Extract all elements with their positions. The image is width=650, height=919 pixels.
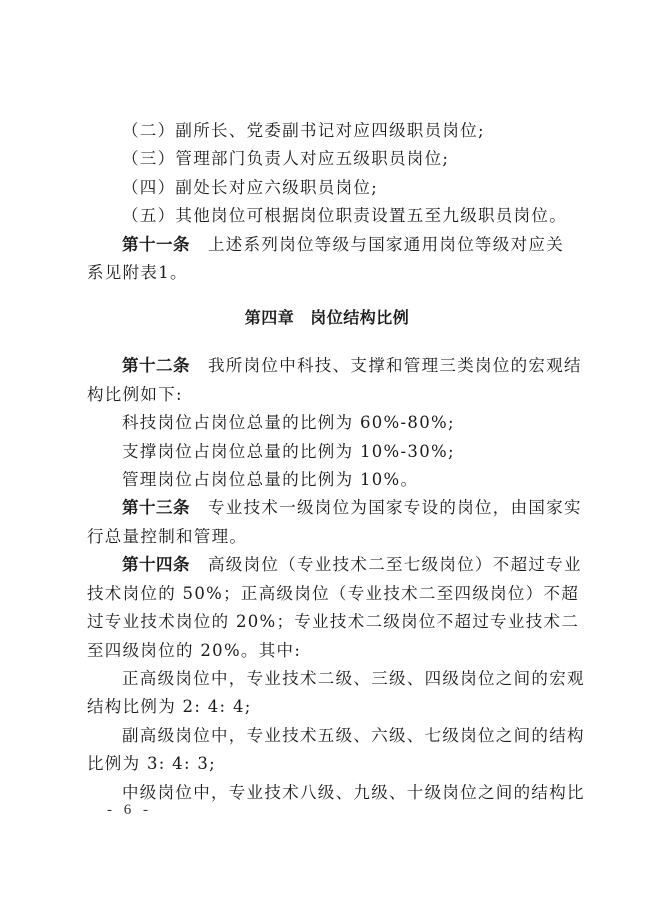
article-13: 第十三条专业技术一级岗位为国家专设的岗位，由国家实 <box>87 494 567 522</box>
ratio-item-management: 管理岗位占岗位总量的比例为 10%。 <box>87 466 567 494</box>
sub-senior-full: 正高级岗位中，专业技术二级、三级、四级岗位之间的宏观 <box>87 665 567 693</box>
article-12-cont: 构比例如下: <box>87 381 567 409</box>
sub-senior-full-cont: 结构比例为 2: 4: 4; <box>87 693 567 721</box>
article-12: 第十二条我所岗位中科技、支撑和管理三类岗位的宏观结 <box>87 352 567 380</box>
article-11-text: 上述系列岗位等级与国家通用岗位等级对应关 <box>208 235 564 254</box>
chapter-number: 第四章 <box>245 308 295 327</box>
ratio-item-support: 支撑岗位占岗位总量的比例为 10%-30%; <box>87 438 567 466</box>
article-13-label: 第十三条 <box>122 498 190 517</box>
article-12-text: 我所岗位中科技、支撑和管理三类岗位的宏观结 <box>208 356 582 375</box>
article-11: 第十一条上述系列岗位等级与国家通用岗位等级对应关 <box>87 231 567 259</box>
clause-5: （五）其他岗位可根据岗位职责设置五至九级职员岗位。 <box>87 202 567 230</box>
article-12-label: 第十二条 <box>122 356 190 375</box>
sub-senior-deputy: 副高级岗位中，专业技术五级、六级、七级岗位之间的结构 <box>87 722 567 750</box>
article-14-label: 第十四条 <box>122 555 190 574</box>
document-page: （二）副所长、党委副书记对应四级职员岗位; （三）管理部门负责人对应五级职员岗位… <box>87 117 567 807</box>
article-11-label: 第十一条 <box>122 235 190 254</box>
sub-intermediate: 中级岗位中，专业技术八级、九级、十级岗位之间的结构比 <box>87 779 567 807</box>
sub-senior-deputy-cont: 比例为 3: 4: 3; <box>87 750 567 778</box>
article-14-text: 高级岗位（专业技术二至七级岗位）不超过专业 <box>208 555 582 574</box>
clause-2: （二）副所长、党委副书记对应四级职员岗位; <box>87 117 567 145</box>
clause-4: （四）副处长对应六级职员岗位; <box>87 174 567 202</box>
article-11-cont: 系见附表1。 <box>87 259 567 287</box>
clause-3: （三）管理部门负责人对应五级职员岗位; <box>87 145 567 173</box>
article-13-text: 专业技术一级岗位为国家专设的岗位，由国家实 <box>208 498 582 517</box>
chapter-title: 岗位结构比例 <box>310 308 409 327</box>
article-14-line3: 过专业技术岗位的 20%；专业技术二级岗位不超过专业技术二 <box>87 608 567 636</box>
article-14-line4: 至四级岗位的 20%。其中: <box>87 637 567 665</box>
chapter-heading: 第四章岗位结构比例 <box>87 304 567 332</box>
page-number: - 6 - <box>107 802 152 819</box>
article-13-cont: 行总量控制和管理。 <box>87 523 567 551</box>
ratio-item-tech: 科技岗位占岗位总量的比例为 60%-80%; <box>87 409 567 437</box>
article-14: 第十四条高级岗位（专业技术二至七级岗位）不超过专业 <box>87 551 567 579</box>
article-14-line2: 技术岗位的 50%；正高级岗位（专业技术二至四级岗位）不超 <box>87 580 567 608</box>
